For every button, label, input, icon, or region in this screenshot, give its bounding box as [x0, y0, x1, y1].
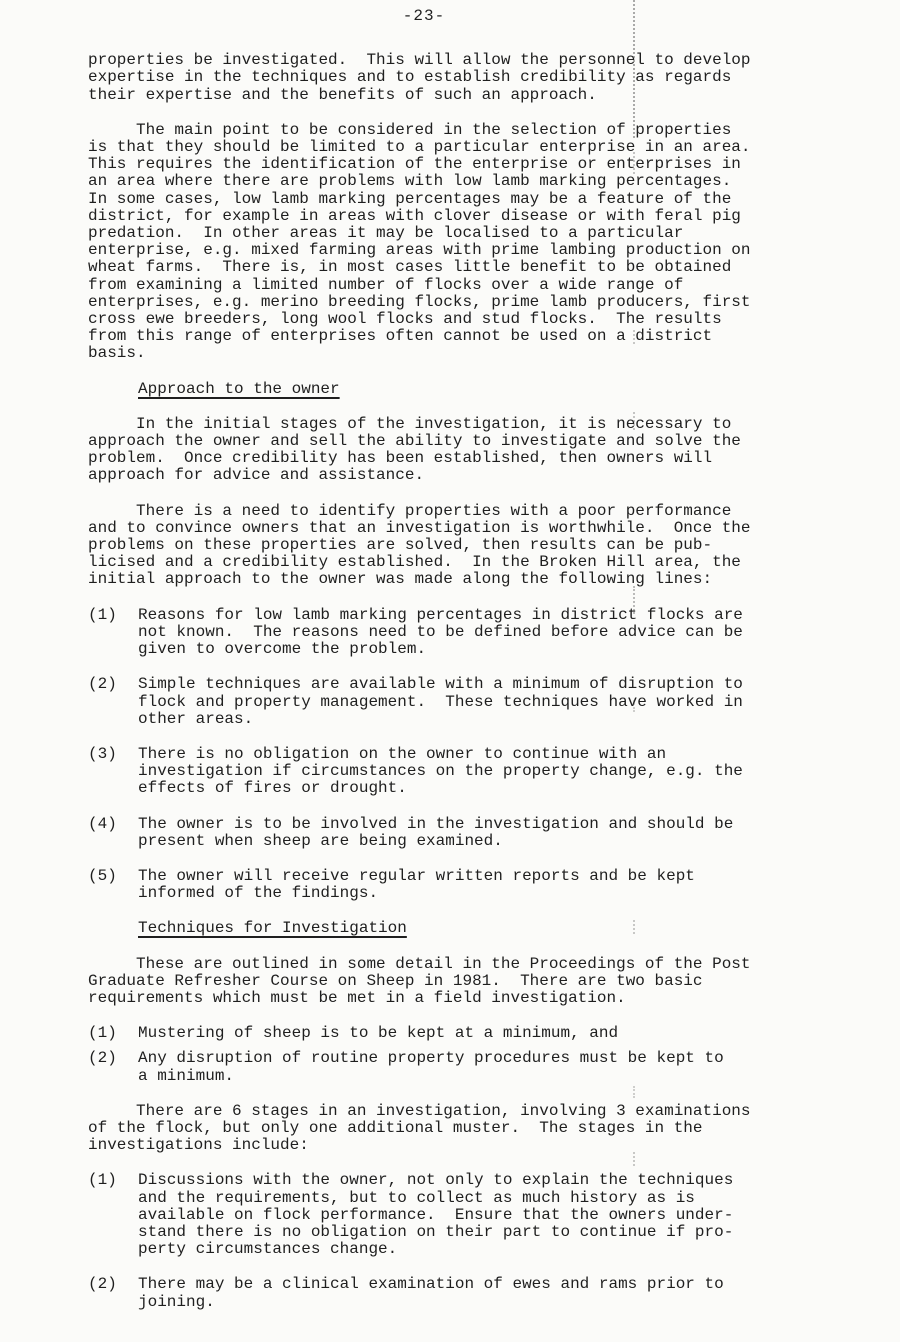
- paragraph: These are outlined in some detail in the…: [88, 956, 848, 1008]
- list-item-marker: (2): [88, 1050, 138, 1067]
- paragraph: There are 6 stages in an investigation, …: [88, 1103, 848, 1155]
- list-item-marker: (2): [88, 676, 138, 693]
- list-item: (3)There is no obligation on the owner t…: [88, 746, 848, 798]
- section-heading-text: Approach to the owner: [138, 380, 340, 398]
- list-item: (4)The owner is to be involved in the in…: [88, 816, 848, 850]
- section-heading-text: Techniques for Investigation: [138, 919, 407, 937]
- list-item-marker: (4): [88, 816, 138, 833]
- list-item-marker: (1): [88, 1025, 138, 1042]
- list-item-text: Mustering of sheep is to be kept at a mi…: [138, 1025, 618, 1042]
- list-item-marker: (1): [88, 607, 138, 624]
- list-item-marker: (3): [88, 746, 138, 763]
- paragraph: In the initial stages of the investigati…: [88, 416, 848, 485]
- list-item: (2)Any disruption of routine property pr…: [88, 1050, 848, 1084]
- document-content: properties be investigated. This will al…: [88, 52, 848, 1311]
- list-item: (1)Discussions with the owner, not only …: [88, 1172, 848, 1258]
- document-page: -23- properties be investigated. This wi…: [0, 0, 900, 1342]
- list-item-text: There may be a clinical examination of e…: [138, 1276, 724, 1310]
- list-item-marker: (5): [88, 868, 138, 885]
- list-item-marker: (2): [88, 1276, 138, 1293]
- list-item: (2)Simple techniques are available with …: [88, 676, 848, 728]
- page-number: -23-: [88, 0, 760, 25]
- list-item: (1)Mustering of sheep is to be kept at a…: [88, 1025, 848, 1042]
- list-item: (2)There may be a clinical examination o…: [88, 1276, 848, 1310]
- paragraph: There is a need to identify properties w…: [88, 503, 848, 589]
- section-heading: Techniques for Investigation: [138, 920, 848, 937]
- paragraph: The main point to be considered in the s…: [88, 122, 848, 363]
- list-item-marker: (1): [88, 1172, 138, 1189]
- list-item-text: Any disruption of routine property proce…: [138, 1050, 724, 1084]
- list-item: (5)The owner will receive regular writte…: [88, 868, 848, 902]
- list-item-text: Discussions with the owner, not only to …: [138, 1172, 733, 1258]
- list-item-text: Simple techniques are available with a m…: [138, 676, 743, 728]
- paragraph: properties be investigated. This will al…: [88, 52, 848, 104]
- list-item-text: There is no obligation on the owner to c…: [138, 746, 743, 798]
- section-heading: Approach to the owner: [138, 381, 848, 398]
- list-item: (1)Reasons for low lamb marking percenta…: [88, 607, 848, 659]
- list-item-text: Reasons for low lamb marking percentages…: [138, 607, 743, 659]
- list-item-text: The owner will receive regular written r…: [138, 868, 695, 902]
- list-item-text: The owner is to be involved in the inves…: [138, 816, 733, 850]
